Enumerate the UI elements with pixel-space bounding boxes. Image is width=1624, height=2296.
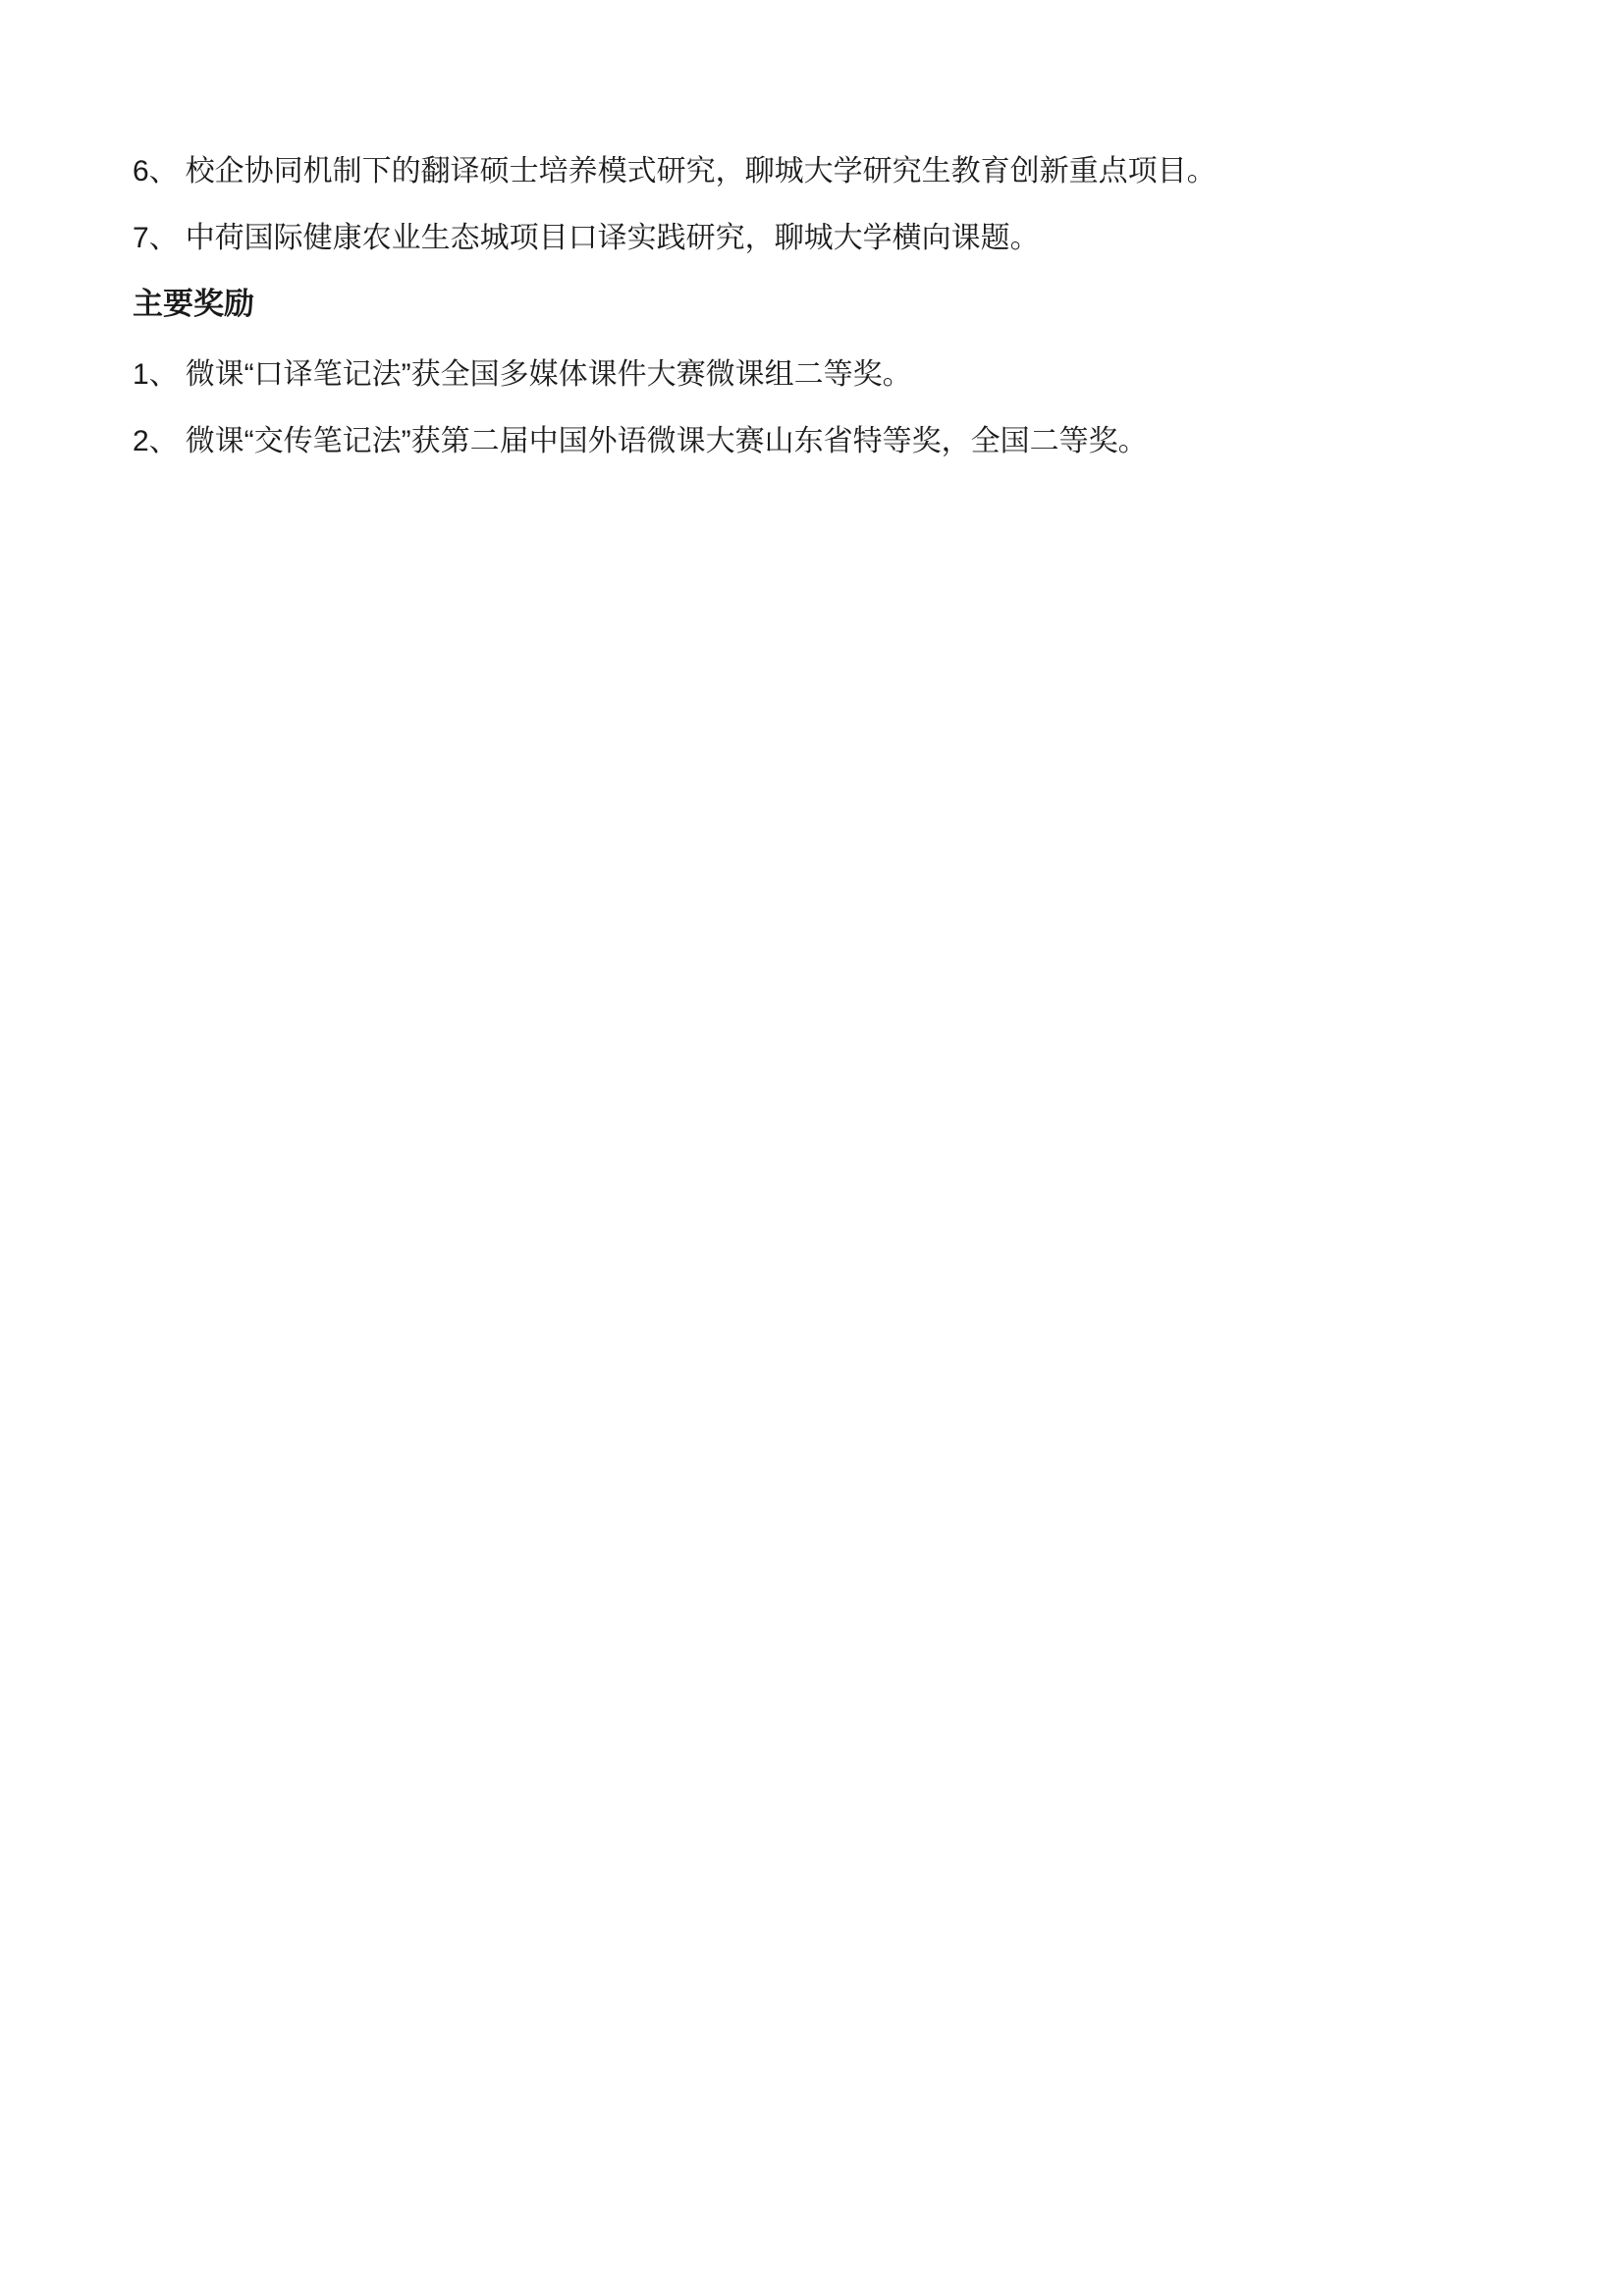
section-heading-awards: 主要奖励 [133, 287, 1506, 322]
list-item-text: 中荷国际健康农业生态城项目口译实践研究，聊城大学横向课题。 [186, 222, 1040, 254]
list-item-award-1: 1、微课“口译笔记法”获全国多媒体课件大赛微课组二等奖。 [133, 357, 1506, 393]
list-item-text: 微课“交传笔记法”获第二届中国外语微课大赛山东省特等奖，全国二等奖。 [186, 425, 1148, 457]
list-item-text: 校企协同机制下的翻译硕士培养模式研究，聊城大学研究生教育创新重点项目。 [186, 155, 1217, 187]
list-item-project-6: 6、校企协同机制下的翻译硕士培养模式研究，聊城大学研究生教育创新重点项目。 [133, 154, 1506, 189]
list-item-number: 6、 [133, 154, 179, 189]
document-page: 6、校企协同机制下的翻译硕士培养模式研究，聊城大学研究生教育创新重点项目。 7、… [0, 0, 1624, 2296]
list-item-award-2: 2、微课“交传笔记法”获第二届中国外语微课大赛山东省特等奖，全国二等奖。 [133, 424, 1506, 459]
list-item-number: 1、 [133, 357, 179, 393]
list-item-number: 7、 [133, 221, 179, 256]
list-item-number: 2、 [133, 424, 179, 459]
list-item-text: 微课“口译笔记法”获全国多媒体课件大赛微课组二等奖。 [186, 358, 912, 391]
list-item-project-7: 7、中荷国际健康农业生态城项目口译实践研究，聊城大学横向课题。 [133, 221, 1506, 256]
